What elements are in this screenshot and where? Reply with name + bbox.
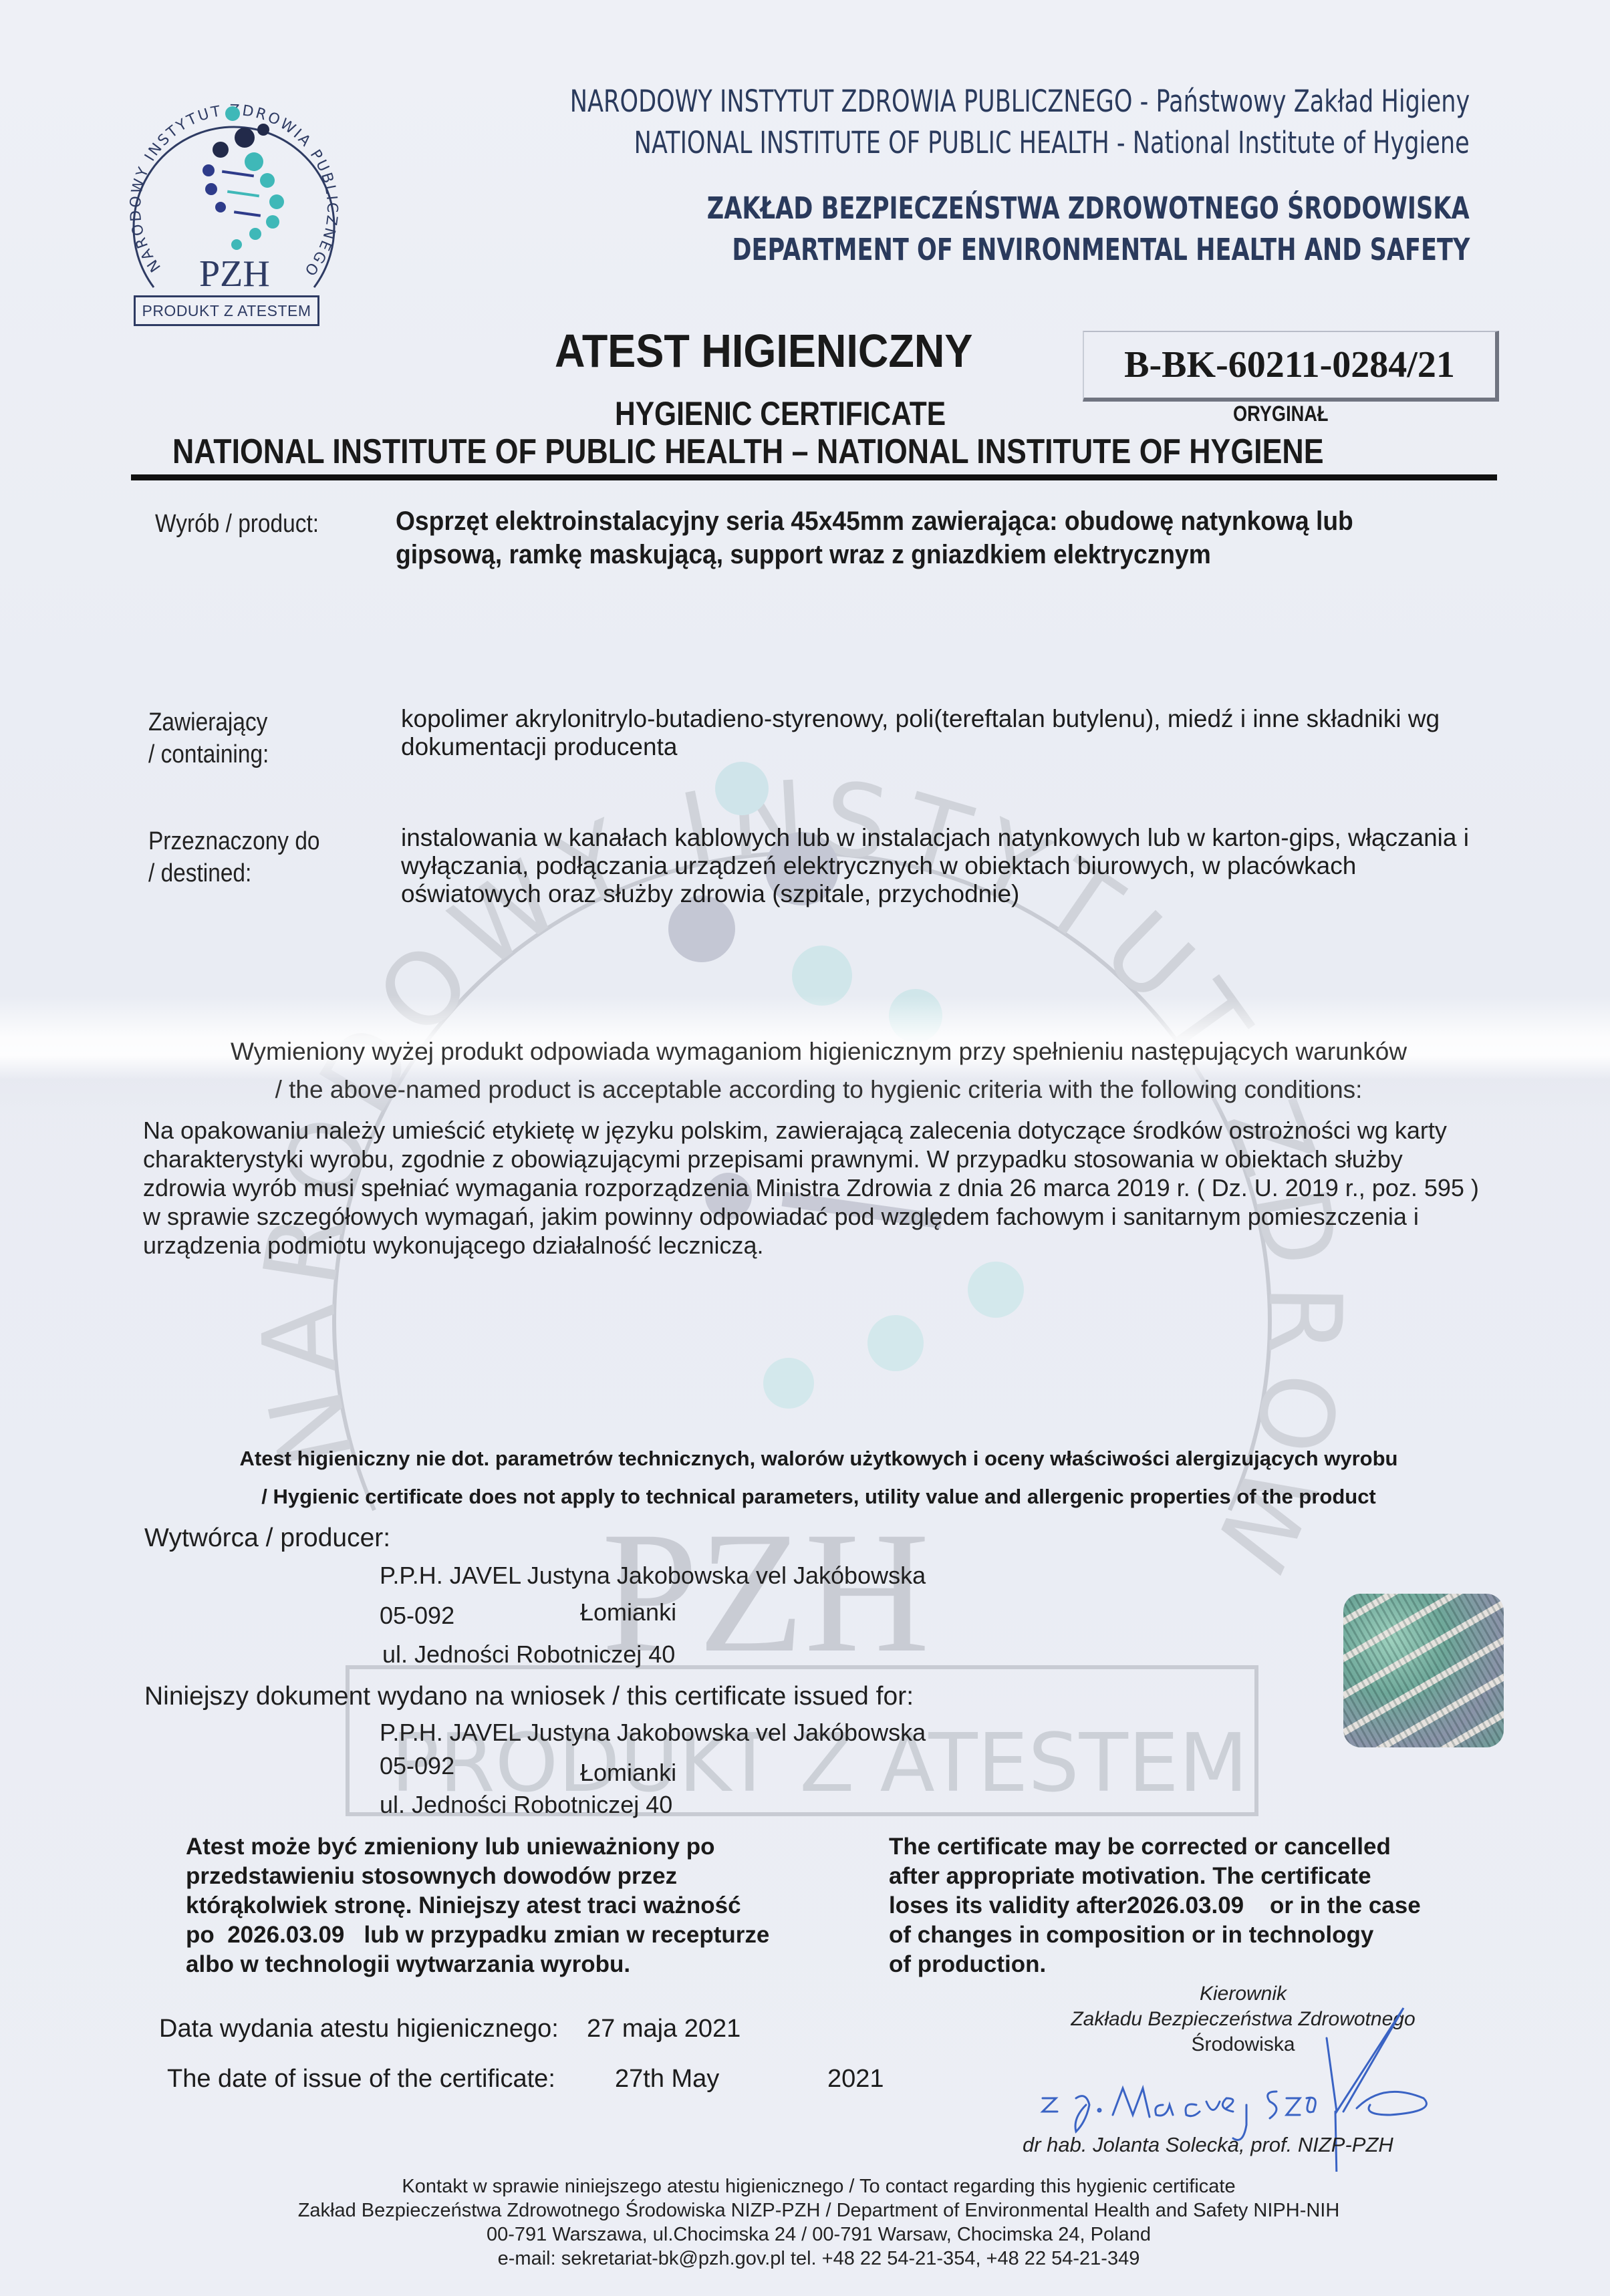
validity-en-line: of production.: [889, 1950, 1504, 1979]
producer-label: Wytwórca / producer:: [144, 1524, 390, 1553]
validity-pl-line: przedstawieniu stosownych dowodów przez: [186, 1862, 854, 1891]
disclaimer-en: / Hygienic certificate does not apply to…: [134, 1485, 1504, 1509]
issue-date-en-label: The date of issue of the certificate:: [167, 2065, 555, 2094]
footer-line3: 00-791 Warszawa, ul.Chocimska 24 / 00-79…: [134, 2222, 1504, 2247]
issued-for-name: P.P.H. JAVEL Justyna Jakobowska vel Jakó…: [380, 1719, 926, 1747]
department-name-en: DEPARTMENT OF ENVIRONMENTAL HEALTH AND S…: [732, 232, 1470, 267]
footer-contact: Kontakt w sprawie niniejszego atestu hig…: [134, 2174, 1504, 2271]
destined-value: instalowania w kanałach kablowych lub w …: [401, 824, 1497, 908]
validity-pl-line: Atest może być zmieniony lub unieważnion…: [186, 1832, 854, 1862]
producer-street: ul. Jedności Robotniczej 40: [382, 1640, 675, 1669]
title-divider: [131, 474, 1497, 480]
conditions-body: Na opakowaniu należy umieścić etykietę w…: [143, 1116, 1480, 1260]
department-name-pl: ZAKŁAD BEZPIECZEŃSTWA ZDROWOTNEGO ŚRODOW…: [707, 190, 1470, 226]
validity-en-line: of changes in composition or in technolo…: [889, 1920, 1504, 1950]
pzh-logo: NARODOWY INSTYTUT ZDROWIA PUBLICZNEGO PZ…: [114, 74, 354, 321]
document-title: ATEST HIGIENICZNY: [555, 324, 972, 378]
product-value: Osprzęt elektroinstalacyjny seria 45x45m…: [396, 505, 1415, 571]
validity-pl-line: albo w technologii wytwarzania wyrobu.: [186, 1950, 854, 1979]
validity-en: The certificate may be corrected or canc…: [889, 1832, 1504, 1979]
producer-name: P.P.H. JAVEL Justyna Jakobowska vel Jakó…: [380, 1562, 926, 1590]
document-subtitle: HYGIENIC CERTIFICATE: [615, 394, 946, 433]
issued-for-postcode: 05-092: [380, 1752, 454, 1780]
validity-pl-line: po 2026.03.09 lub w przypadku zmian w re…: [186, 1920, 854, 1950]
destined-label-line2: / destined:: [148, 857, 251, 889]
containing-label-line1: Zawierający: [148, 706, 267, 738]
conditions-heading-pl: Wymieniony wyżej produkt odpowiada wymag…: [134, 1038, 1504, 1066]
logo-seal-icon: NARODOWY INSTYTUT ZDROWIA PUBLICZNEGO PZ…: [114, 74, 354, 301]
issuing-institute: NATIONAL INSTITUTE OF PUBLIC HEALTH – NA…: [172, 432, 1324, 472]
footer-line2: Zakład Bezpieczeństwa Zdrowotnego Środow…: [134, 2198, 1504, 2222]
validity-pl: Atest może być zmieniony lub unieważnion…: [186, 1832, 854, 1979]
security-hologram: [1343, 1594, 1504, 1747]
logo-monogram: PZH: [199, 253, 270, 295]
institute-name-pl: NARODOWY INSTYTUT ZDROWIA PUBLICZNEGO - …: [569, 84, 1470, 119]
product-label: Wyrób / product:: [155, 508, 319, 540]
containing-label-line2: / containing:: [148, 738, 269, 770]
issue-date-en-day-month: 27th May: [615, 2065, 719, 2094]
footer-email-phone[interactable]: e-mail: sekretariat-bk@pzh.gov.pl tel. +…: [134, 2247, 1504, 2271]
containing-value: kopolimer akrylonitrylo-butadieno-styren…: [401, 705, 1484, 761]
issue-date-pl-value: 27 maja 2021: [587, 2015, 741, 2043]
validity-en-line: The certificate may be corrected or canc…: [889, 1832, 1504, 1862]
logo-label: PRODUKT Z ATESTEM: [134, 295, 319, 326]
issue-date-pl-label: Data wydania atestu higienicznego:: [159, 2015, 559, 2043]
issue-date-en-year: 2021: [827, 2065, 884, 2094]
producer-city: Łomianki: [580, 1598, 676, 1626]
validity-en-line: loses its validity after2026.03.09 or in…: [889, 1891, 1504, 1920]
issued-for-street: ul. Jedności Robotniczej 40: [380, 1791, 672, 1819]
issued-for-city: Łomianki: [580, 1759, 676, 1787]
signatory-name: dr hab. Jolanta Solecka, prof. NIZP-PZH: [1023, 2133, 1393, 2157]
institute-name-en: NATIONAL INSTITUTE OF PUBLIC HEALTH - Na…: [634, 125, 1470, 160]
destined-label-line1: Przeznaczony do: [148, 825, 320, 857]
disclaimer-pl: Atest higieniczny nie dot. parametrów te…: [134, 1447, 1504, 1471]
certificate-number: B-BK-60211-0284/21: [1083, 331, 1499, 402]
original-stamp: ORYGINAŁ: [1233, 402, 1329, 426]
conditions-heading-en: / the above-named product is acceptable …: [134, 1076, 1504, 1104]
issued-for-label: Niniejszy dokument wydano na wniosek / t…: [144, 1682, 914, 1711]
footer-line1: Kontakt w sprawie niniejszego atestu hig…: [134, 2174, 1504, 2198]
producer-postcode: 05-092: [380, 1602, 454, 1630]
validity-en-line: after appropriate motivation. The certif…: [889, 1862, 1504, 1891]
validity-pl-line: którąkolwiek stronę. Niniejszy atest tra…: [186, 1891, 854, 1920]
